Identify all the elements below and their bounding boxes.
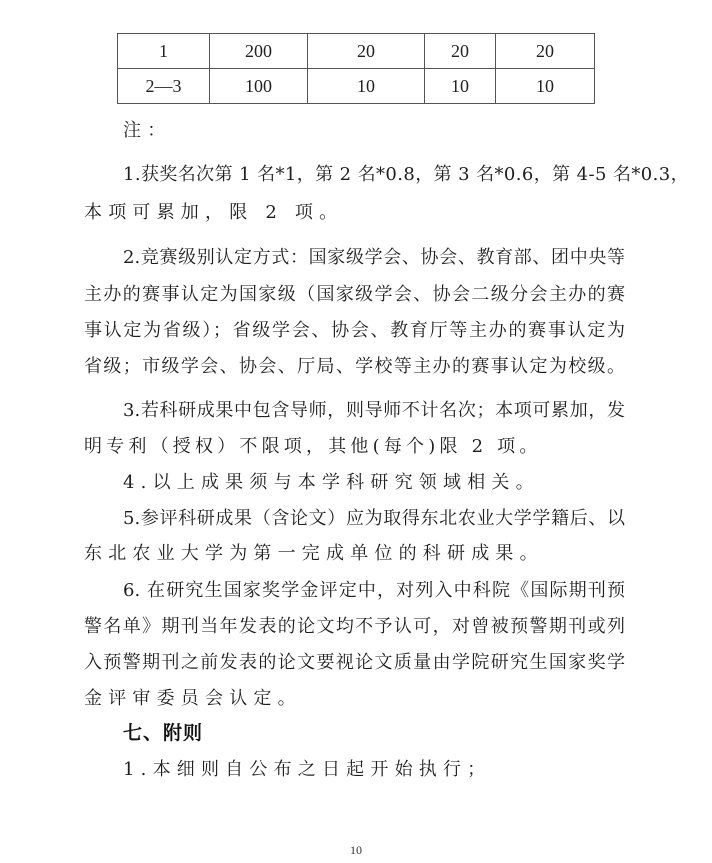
table-cell: 20 [496, 34, 595, 69]
note-2-line-4: 省级；市级学会、协会、厅局、学校等主办的赛事认定为校级。 [84, 355, 625, 379]
note-6-line-4: 金评审委员会认定。 [84, 687, 625, 711]
note-2-line-3: 事认定为省级）；省级学会、协会、教育厅等主办的赛事认定为 [84, 319, 625, 343]
score-table: 1 200 20 20 20 2—3 100 10 10 10 [117, 33, 595, 104]
note-5-line-2: 东北农业大学为第一完成单位的科研成果。 [84, 542, 625, 566]
note-1-line-1: 1.获奖名次第 1 名*1，第 2 名*0.8，第 3 名*0.6，第 4-5 … [123, 163, 625, 187]
table-cell: 200 [210, 34, 308, 69]
table-row: 1 200 20 20 20 [118, 34, 595, 69]
table-cell: 10 [308, 69, 425, 104]
table-cell: 1 [118, 34, 210, 69]
note-2-line-1: 2.竞赛级别认定方式：国家级学会、协会、教育部、团中央等 [123, 246, 625, 270]
notes-label: 注： [123, 119, 625, 143]
note-6-line-2: 警名单》期刊当年发表的论文均不予认可，对曾被预警期刊或列 [84, 615, 625, 639]
section-item-1: 1.本细则自公布之日起开始执行； [123, 758, 625, 782]
table-row: 2—3 100 10 10 10 [118, 69, 595, 104]
table-cell: 2—3 [118, 69, 210, 104]
note-3-line-2: 明专利（授权）不限项，其他(每个)限 2 项。 [84, 435, 625, 459]
note-1-line-2: 本项可累加，限 2 项。 [84, 201, 625, 225]
table-cell: 20 [308, 34, 425, 69]
section-heading: 七、附则 [123, 721, 203, 745]
note-2-line-2: 主办的赛事认定为国家级（国家级学会、协会二级分会主办的赛 [84, 283, 625, 307]
note-6-line-3: 入预警期刊之前发表的论文要视论文质量由学院研究生国家奖学 [84, 651, 625, 675]
table-cell: 100 [210, 69, 308, 104]
table-cell: 10 [425, 69, 496, 104]
table-cell: 20 [425, 34, 496, 69]
note-4-line-1: 4.以上成果须与本学科研究领域相关。 [123, 471, 625, 495]
note-5-line-1: 5.参评科研成果（含论文）应为取得东北农业大学学籍后、以 [123, 507, 625, 531]
page-number: 10 [0, 843, 712, 858]
note-6-line-1: 6. 在研究生国家奖学金评定中，对列入中科院《国际期刊预 [123, 579, 625, 603]
note-3-line-1: 3.若科研成果中包含导师，则导师不计名次；本项可累加，发 [123, 399, 625, 423]
document-page: 1 200 20 20 20 2—3 100 10 10 10 注： 1.获奖名… [0, 0, 712, 863]
table-cell: 10 [496, 69, 595, 104]
